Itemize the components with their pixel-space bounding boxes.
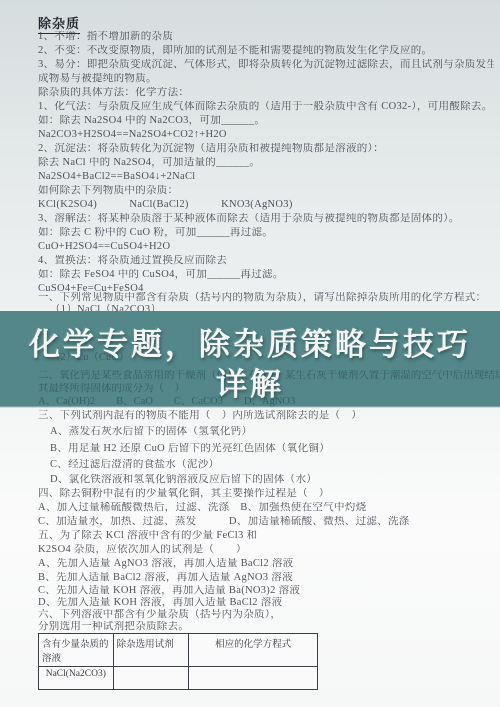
option-a: A、先加入适量 AgNO3 溶液，再加入适量 BaCl2 溶液 (38, 558, 494, 570)
doc-line: 成物易与被提纯的物质。 (38, 73, 494, 85)
chem-equation: Na2SO4+BaCl2==BaSO4↓+2NaCl (38, 171, 494, 183)
doc-line: 除去 NaCl 中的 Na2SO4，可加适量的______。 (38, 157, 494, 169)
option-d: D、先加入适量 KOH 溶液，再加入适量 BaCl2 溶液 (38, 597, 494, 609)
option-a: A、蒸发石灰水后留下的固体（氢氧化钙） (38, 426, 494, 438)
doc-line: 如：除去 C 粉中的 CuO 粉，可加______再过滤。 (38, 227, 494, 239)
question-4-heading: 四、除去铜粉中混有的少量氧化铜，其主要操作过程是（ ） (38, 488, 494, 500)
doc-line: 2、沉淀法：将杂质转化为沉淀物（适用杂质和被提纯物质都是溶液的）： (38, 143, 494, 155)
doc-line: KCl(K2SO4) NaCl(BaCl2) KNO3(AgNO3) (38, 199, 494, 211)
doc-line: 如何除去下列物质中的杂质： (38, 185, 494, 197)
banner-title-line2: 详解 (0, 359, 500, 404)
impurity-table: 含有少量杂质的溶液 除杂选用试剂 相应的化学方程式 NaCl(Na2CO3) (38, 633, 318, 690)
doc-line: 1、化气法：与杂质反应生成气体而除去杂质的（适用于一般杂质中含有 CO32-），… (38, 101, 494, 113)
doc-line: 2、不变：不改变原物质，即所加的试剂是不能和需要提纯的物质发生化学反应的。 (38, 45, 494, 57)
doc-line: 如：除去 FeSO4 中的 CuSO4，可加______再过滤。 (38, 269, 494, 281)
question-5-heading: 五、为了除去 KCl 溶液中含有的少量 FeCl3 和 (38, 530, 494, 542)
chem-equation: Na2CO3+H2SO4==Na2SO4+CO2↑+H2O (38, 129, 494, 141)
option-b: B、先加入适量 BaCl2 溶液，再加入适量 AgNO3 溶液 (38, 572, 494, 584)
doc-line: 如：除去 Na2SO4 中的 Na2CO3，可加______。 (38, 115, 494, 127)
question-6-heading: 六、下列溶液中都含有少量杂质（括号内为杂质）， (38, 609, 494, 621)
worksheet-page: 除杂质 1、不增：指不增加新的杂质 2、不变：不改变原物质，即所加的试剂是不能和… (0, 0, 500, 707)
option-c: C、先加入适量 KOH 溶液，再加入适量 Ba(NO3)2 溶液 (38, 585, 494, 597)
chem-equation: CuO+H2SO4==CuSO4+H2O (38, 241, 494, 253)
doc-line: 3、易分：即把杂质变成沉淀、气体形式，即将杂质转化为沉淀物过滤除去，而且试剂与杂… (38, 59, 494, 71)
table-header-reagent: 除杂选用试剂 (113, 634, 189, 667)
promo-banner: （2）Cu（CuO） 二、氧化钙是某些食品常用的干燥剂（俗称生石灰），某生石灰干… (0, 311, 500, 407)
question-1-heading: 一、下列常见物质中都含有杂质（括号内的物质为杂质），请写出除掉杂质所用的化学方程… (38, 292, 494, 304)
doc-line: 除杂质的具体方法：化学方法： (38, 87, 494, 99)
table-cell-reagent (113, 667, 189, 690)
doc-line: 1、不增：指不增加新的杂质 (38, 31, 494, 43)
banner-title-line1: 化学专题，除杂质策略与技巧 (0, 319, 500, 364)
doc-line: 4、置换法：将杂质通过置换反应而除去 (38, 255, 494, 267)
option-b: B、用足量 H2 还原 CuO 后留下的光亮红色固体（氧化铜） (38, 443, 494, 455)
table-cell-equation (189, 667, 318, 690)
question-5-continued: K2SO4 杂质，应依次加入的试剂是（ ） (38, 544, 494, 556)
table-header-equation: 相应的化学方程式 (189, 634, 318, 667)
table-cell-solution: NaCl(Na2CO3) (39, 667, 114, 690)
option-d: D、氯化铁溶液和氢氧化钠溶液反应后留下的固体（水） (38, 474, 494, 486)
question-6-continued: 分别选用一种试剂把杂质除去。 (38, 621, 494, 633)
option-cd: C、加适量水，加热、过滤、蒸发 D、加适量稀硫酸、微热、过滤、洗涤 (38, 516, 494, 528)
option-c: C、经过滤后澄清的食盐水（泥沙） (38, 459, 494, 471)
table-header-solution: 含有少量杂质的溶液 (39, 634, 114, 667)
doc-line: 3、溶解法：将某种杂质溶于某种液体而除去（适用于杂质与被提纯的物质都是固体的）。 (38, 213, 494, 225)
question-3-heading: 三、下列试剂内混有的物质不能用（ ）内所选试剂除去的是（ ） (38, 410, 494, 422)
option-ab: A、加入过量稀硫酸微热后，过滤、洗涤 B、加强热使在空气中灼烧 (38, 502, 494, 514)
